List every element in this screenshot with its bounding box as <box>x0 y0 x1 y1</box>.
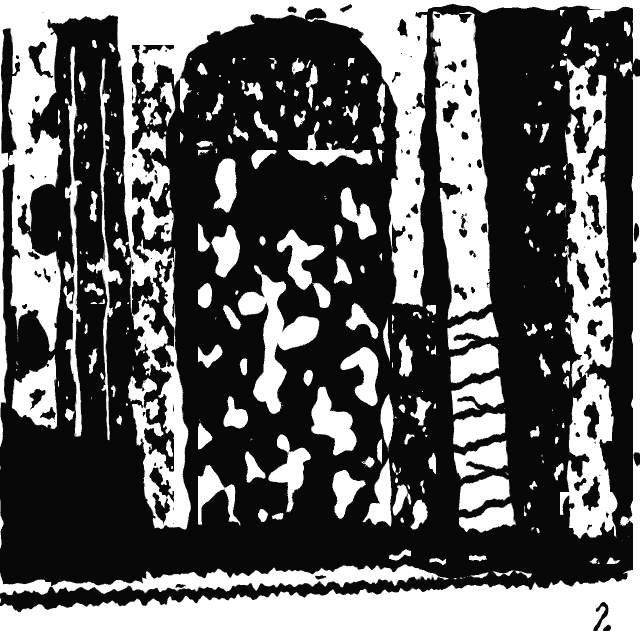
central-dapples-large <box>198 150 382 550</box>
edge-nub <box>632 453 640 467</box>
crown-tip <box>205 33 221 43</box>
right-paper-margin <box>633 0 640 631</box>
path-fleck <box>315 578 325 582</box>
central-tree <box>168 6 396 558</box>
dark-trunk-right-dapples <box>524 60 570 560</box>
grass-tick <box>390 554 408 559</box>
band-dash <box>560 572 596 580</box>
grass-tick <box>430 558 444 562</box>
crown-dapples <box>180 58 385 153</box>
grass-tick <box>470 556 486 560</box>
band-dash <box>604 570 626 577</box>
top-margin-fleck <box>286 8 298 14</box>
forest-print-canvas <box>0 0 640 631</box>
edge-nub <box>632 220 640 240</box>
canopy-dapples <box>560 10 636 80</box>
path-fleck <box>174 587 186 591</box>
birch-right-speckle <box>566 24 614 562</box>
right-section <box>390 6 640 572</box>
crown-tip <box>308 10 328 22</box>
top-margin-fleck <box>336 6 352 12</box>
bark-blob <box>21 317 47 373</box>
crown-tip <box>348 29 364 39</box>
woodcut-forest-print: High-contrast black-and-white woodcut-st… <box>0 0 640 631</box>
path-fleck <box>445 570 455 574</box>
edge-nub <box>632 252 640 264</box>
crown-tip <box>249 14 267 26</box>
